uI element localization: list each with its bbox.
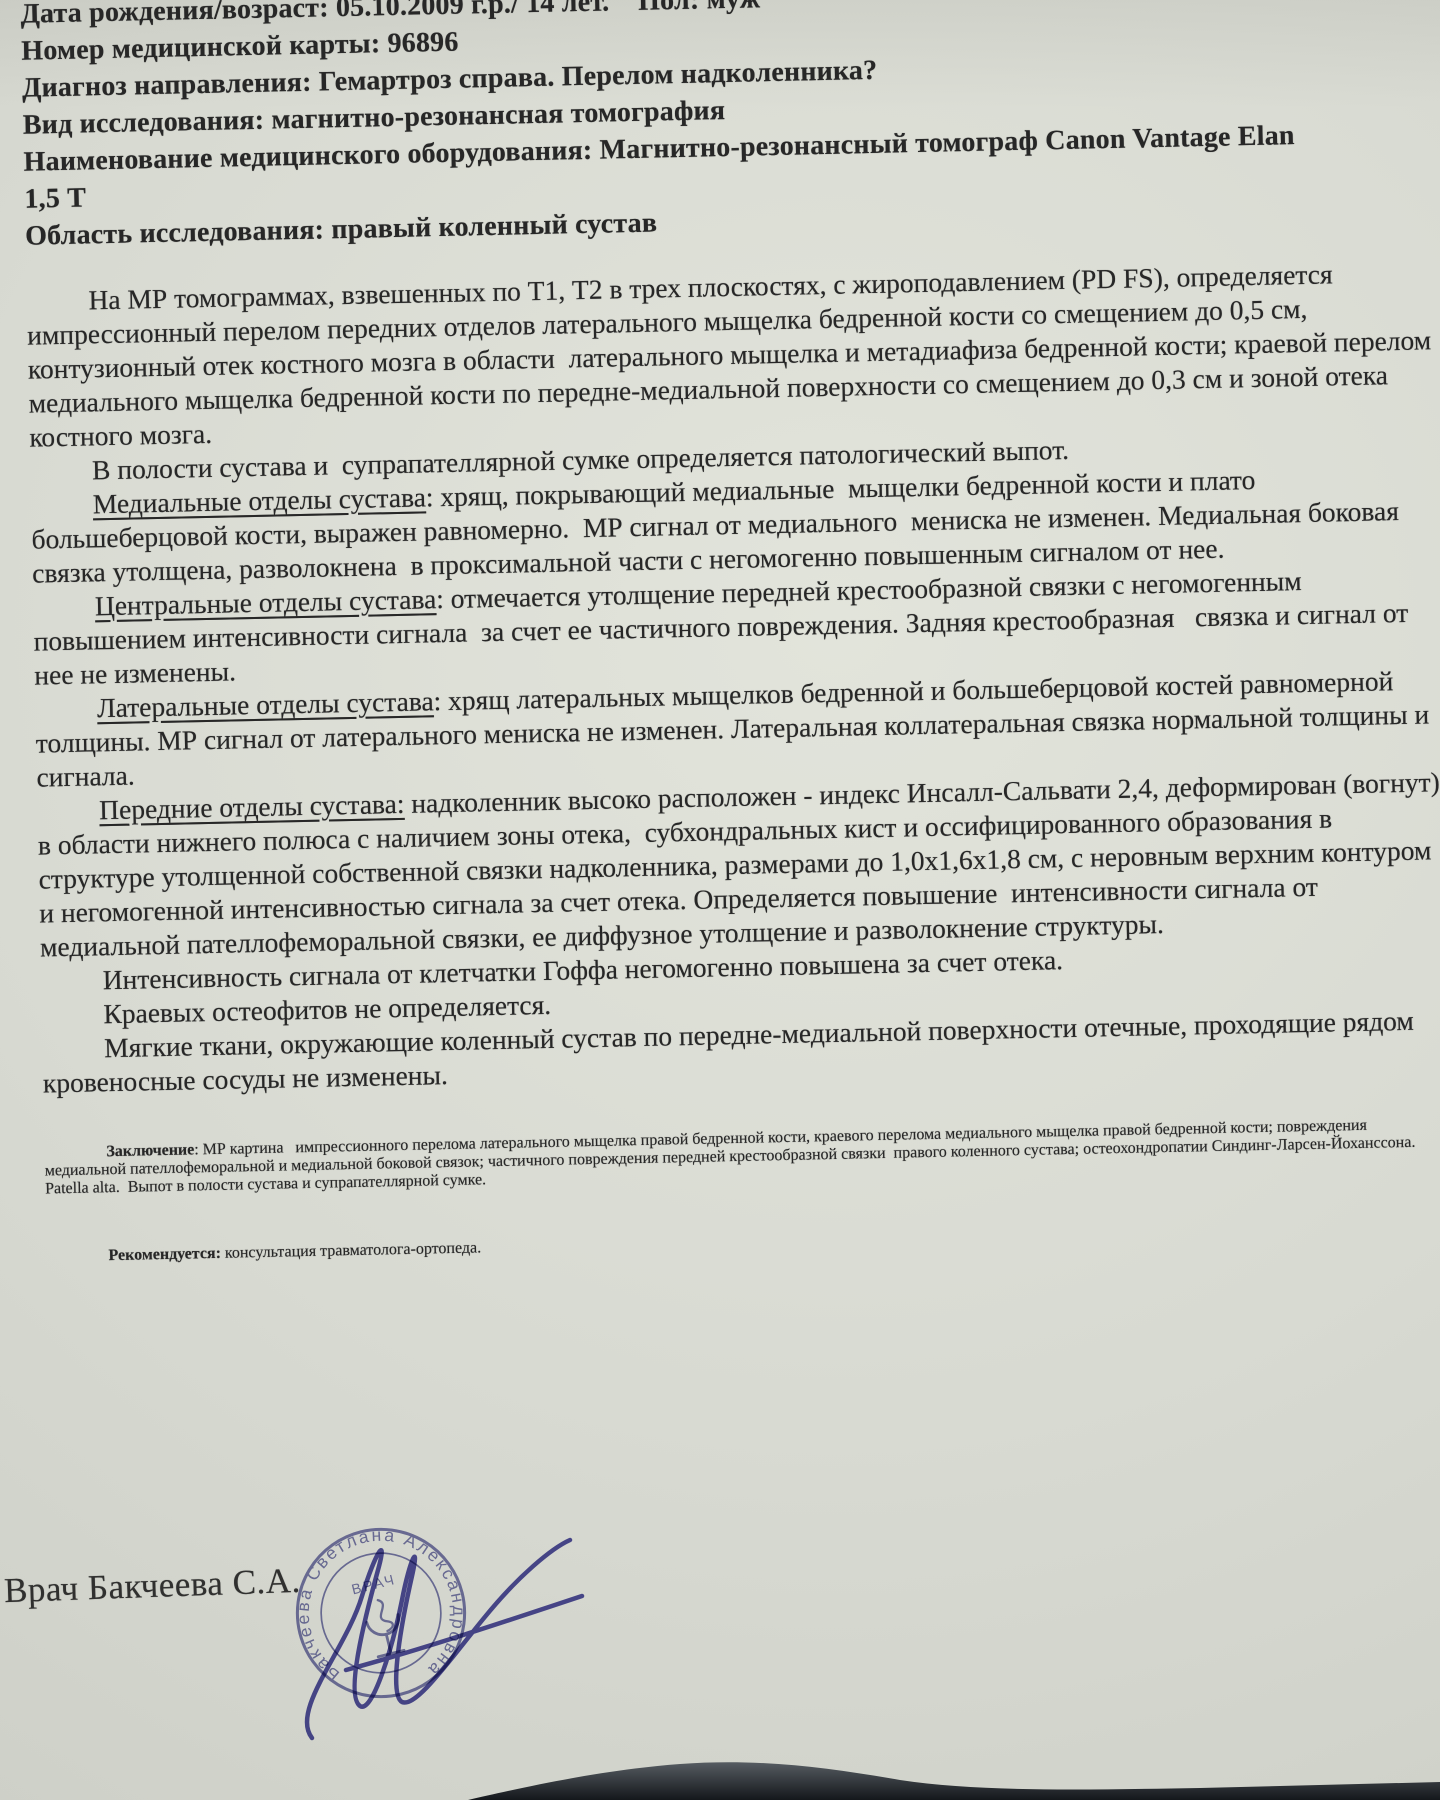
mri-report-document: Дата рождения/возраст: 05.10.2009 г.р./ … xyxy=(20,0,1440,1266)
section-lead: Медиальные отделы сустава xyxy=(92,481,426,519)
recommendation-text: консультация травматолога-ортопеда. xyxy=(221,1239,482,1261)
section-lead: Центральные отделы сустава xyxy=(95,583,437,621)
conclusion-label: Заключение xyxy=(106,1141,194,1160)
conclusion-paragraph: Заключение: МР картина импрессионного пе… xyxy=(44,1115,1440,1198)
recommendation-label: Рекомендуется: xyxy=(108,1245,221,1264)
conclusion-text: : МР картина импрессионного перелома лат… xyxy=(45,1117,1416,1198)
report-body: На МР томограммах, взвешенных по Т1, Т2 … xyxy=(26,255,1440,1100)
document-photo: Дата рождения/возраст: 05.10.2009 г.р./ … xyxy=(0,0,1440,1800)
recommendation-paragraph: Рекомендуется: консультация травматолога… xyxy=(46,1219,1440,1266)
bottom-shadow-object xyxy=(0,1740,1440,1800)
report-paragraph: На МР томограммах, взвешенных по Т1, Т2 … xyxy=(26,255,1433,454)
signature-stroke xyxy=(307,1540,582,1738)
report-header: Дата рождения/возраст: 05.10.2009 г.р./ … xyxy=(20,0,1429,255)
doctor-signature xyxy=(248,1498,628,1748)
report-paragraph: Передние отделы сустава: надколенник выс… xyxy=(37,765,1440,964)
section-lead: Латеральные отделы сустава xyxy=(97,685,434,723)
section-lead: Передние отделы сустава: xyxy=(99,788,405,825)
paragraph-text: На МР томограммах, взвешенных по Т1, Т2 … xyxy=(27,258,1431,452)
